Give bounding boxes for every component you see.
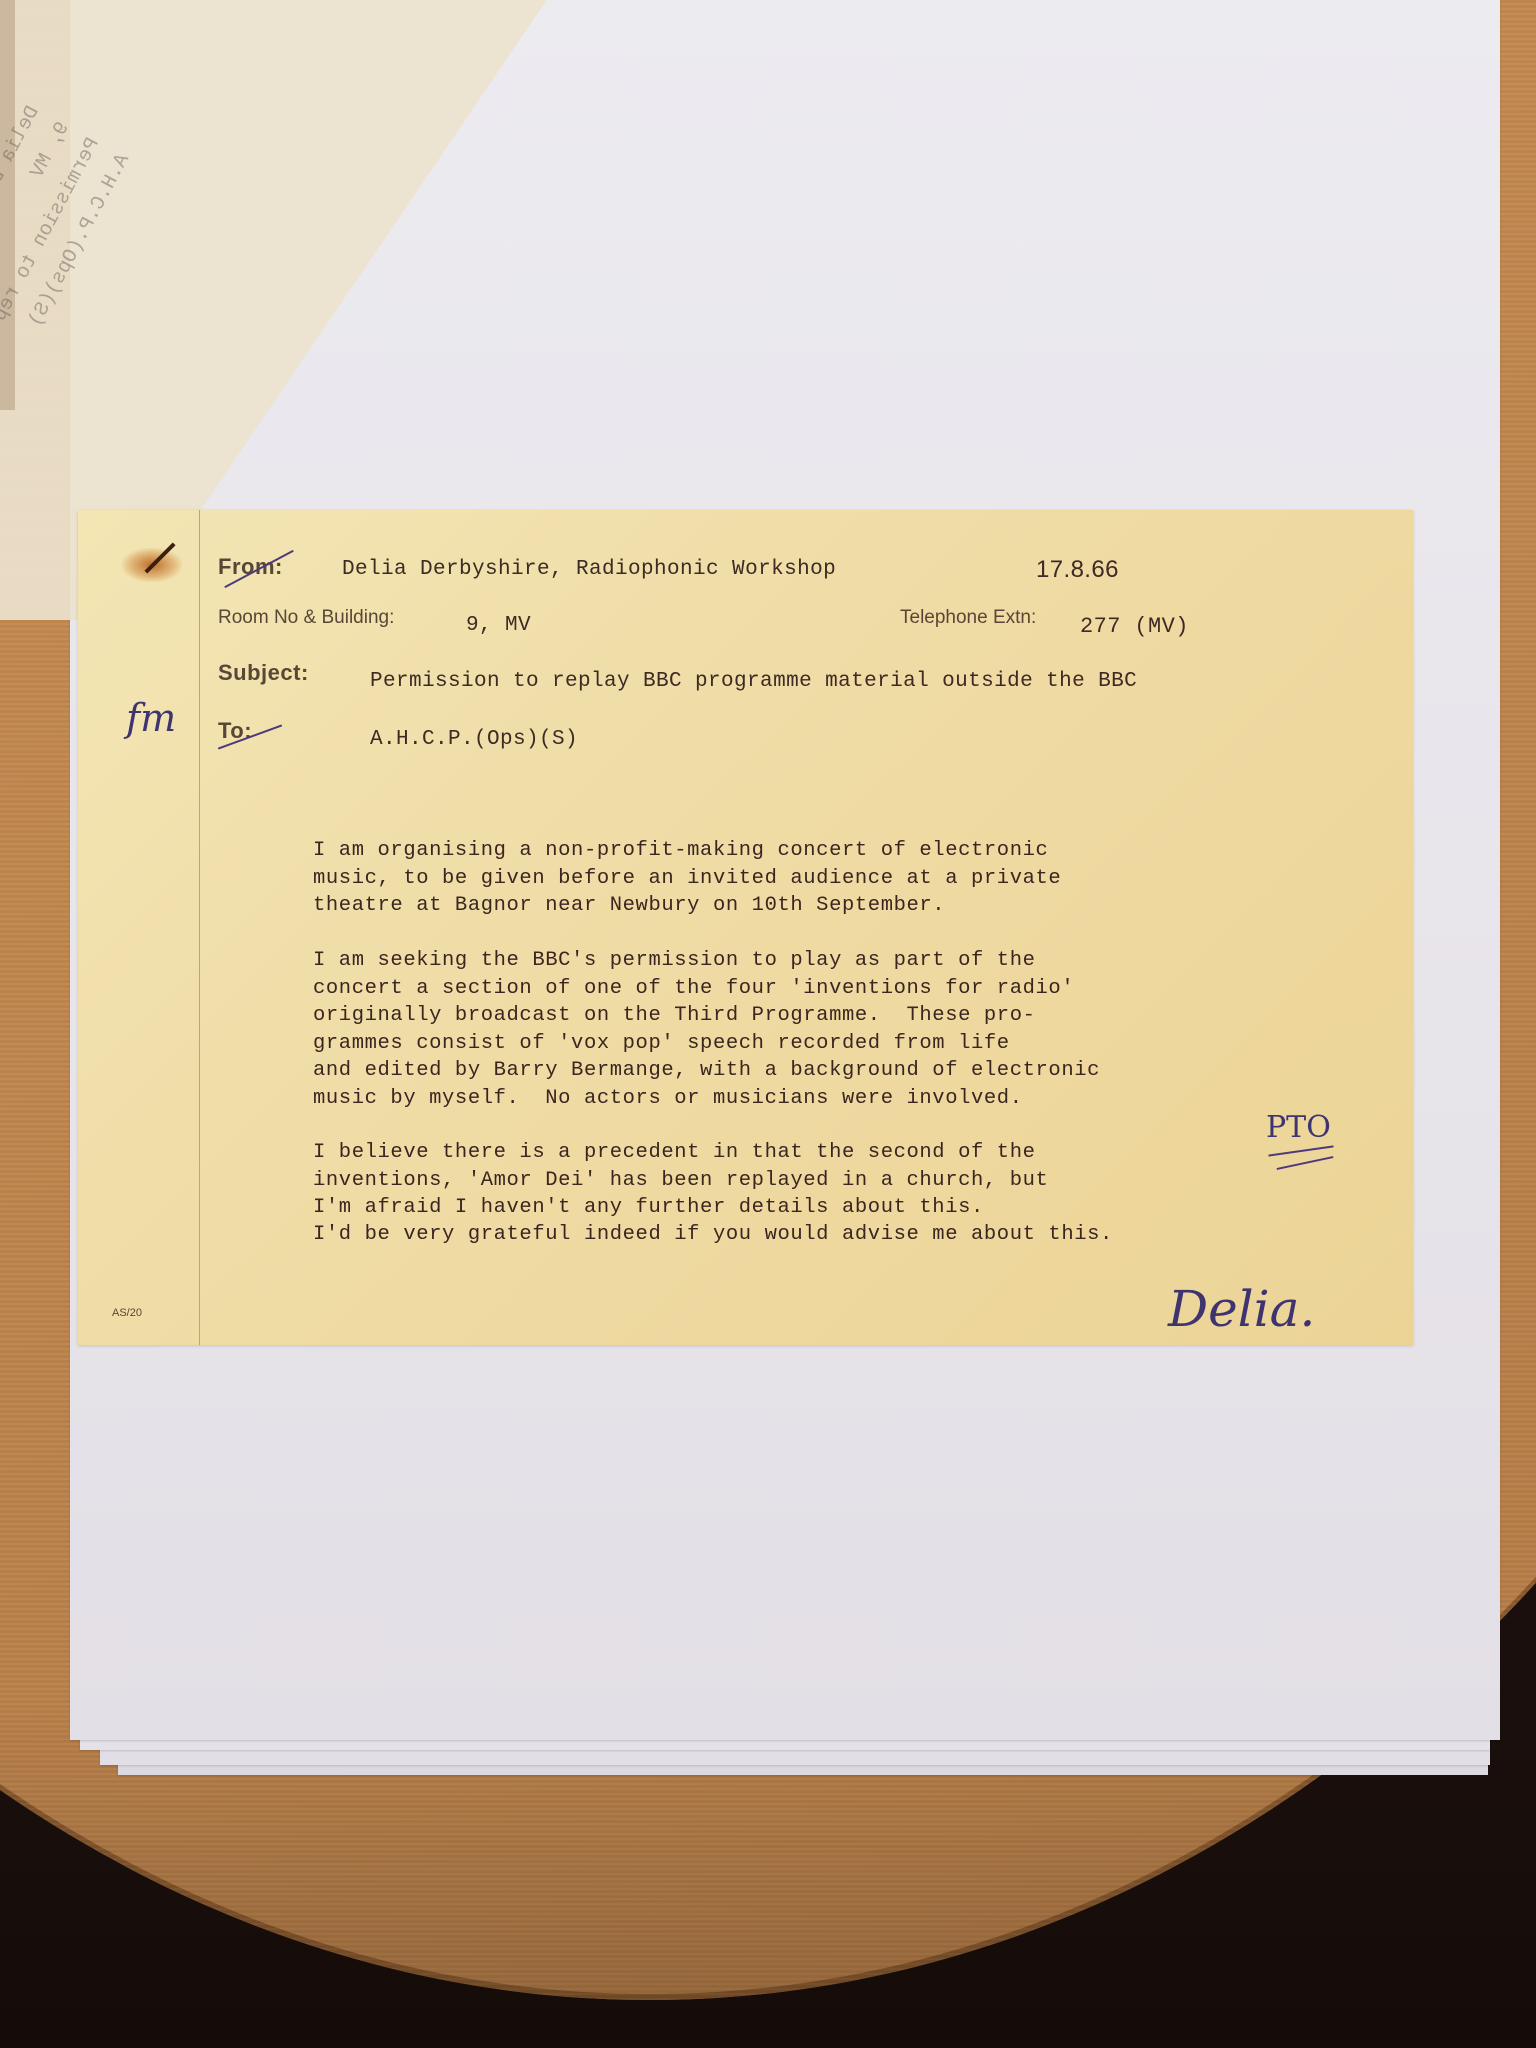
from-value: Delia Derbyshire, Radiophonic Workshop bbox=[342, 558, 836, 581]
carbon-copy-text: Delia Derbyshire, Radiophonic Workshop 9… bbox=[0, 100, 140, 567]
body-paragraph-4: I'd be very grateful indeed if you would… bbox=[313, 1221, 1113, 1249]
pto-annotation: PTO bbox=[1266, 1110, 1331, 1145]
room-value: 9, MV bbox=[466, 614, 531, 637]
subject-value: Permission to replay BBC programme mater… bbox=[370, 670, 1137, 693]
from-label: From: bbox=[218, 554, 283, 580]
body-paragraph-2: I am seeking the BBC's permission to pla… bbox=[313, 947, 1100, 1112]
body-paragraph-1: I am organising a non-profit-making conc… bbox=[313, 837, 1061, 920]
margin-handwriting: fm bbox=[126, 696, 176, 740]
margin-rule bbox=[199, 510, 200, 1345]
subject-label: Subject: bbox=[218, 660, 309, 686]
signature: Delia. bbox=[1168, 1280, 1315, 1338]
pto-underline-2 bbox=[1276, 1156, 1333, 1170]
to-value: A.H.C.P.(Ops)(S) bbox=[370, 728, 578, 751]
memo-date: 17.8.66 bbox=[1036, 556, 1119, 584]
form-code: AS/20 bbox=[112, 1307, 142, 1319]
telephone-value: 277 (MV) bbox=[1080, 614, 1189, 639]
memo-card: From: Delia Derbyshire, Radiophonic Work… bbox=[78, 510, 1413, 1345]
telephone-label: Telephone Extn: bbox=[900, 607, 1036, 629]
room-label: Room No & Building: bbox=[218, 607, 394, 629]
body-paragraph-3: I believe there is a precedent in that t… bbox=[313, 1139, 1048, 1222]
pto-underline-1 bbox=[1268, 1145, 1334, 1156]
